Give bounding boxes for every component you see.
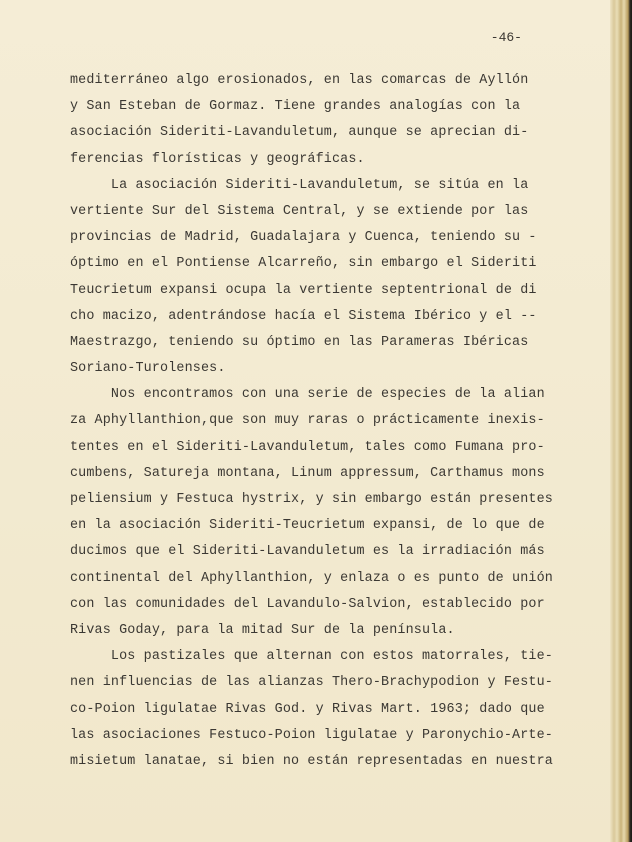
text-line: continental del Aphyllanthion, y enlaza … [70,566,570,592]
text-line: y San Esteban de Gormaz. Tiene grandes a… [70,94,570,120]
page-stack-edge [610,0,632,842]
text-line: Nos encontramos con una serie de especie… [70,382,570,408]
text-line: provincias de Madrid, Guadalajara y Cuen… [70,225,570,251]
text-line: Rivas Goday, para la mitad Sur de la pen… [70,618,570,644]
text-line: misietum lanatae, si bien no están repre… [70,749,570,775]
paragraph: Nos encontramos con una serie de especie… [70,382,570,644]
text-line: co-Poion ligulatae Rivas God. y Rivas Ma… [70,697,570,723]
body-text: mediterráneo algo erosionados, en las co… [70,68,570,775]
page-number: -46- [491,30,522,45]
text-line: vertiente Sur del Sistema Central, y se … [70,199,570,225]
text-line: Teucrietum expansi ocupa la vertiente se… [70,278,570,304]
text-line: las asociaciones Festuco-Poion ligulatae… [70,723,570,749]
text-line: en la asociación Sideriti-Teucrietum exp… [70,513,570,539]
text-line: mediterráneo algo erosionados, en las co… [70,68,570,94]
text-line: za Aphyllanthion,que son muy raras o prá… [70,408,570,434]
paragraph: mediterráneo algo erosionados, en las co… [70,68,570,173]
paragraph: La asociación Sideriti-Lavanduletum, se … [70,173,570,383]
text-line: peliensium y Festuca hystrix, y sin emba… [70,487,570,513]
text-line: Maestrazgo, teniendo su óptimo en las Pa… [70,330,570,356]
text-line: con las comunidades del Lavandulo-Salvio… [70,592,570,618]
paragraph: Los pastizales que alternan con estos ma… [70,644,570,775]
text-line: ferencias florísticas y geográficas. [70,147,570,173]
text-line: Los pastizales que alternan con estos ma… [70,644,570,670]
text-line: nen influencias de las alianzas Thero-Br… [70,670,570,696]
text-line: cumbens, Satureja montana, Linum appress… [70,461,570,487]
text-line: tentes en el Sideriti-Lavanduletum, tale… [70,435,570,461]
typewritten-page: -46- mediterráneo algo erosionados, en l… [0,0,610,842]
text-line: La asociación Sideriti-Lavanduletum, se … [70,173,570,199]
text-line: óptimo en el Pontiense Alcarreño, sin em… [70,251,570,277]
text-line: asociación Sideriti-Lavanduletum, aunque… [70,120,570,146]
text-line: Soriano-Turolenses. [70,356,570,382]
text-line: cho macizo, adentrándose hacía el Sistem… [70,304,570,330]
text-line: ducimos que el Sideriti-Lavanduletum es … [70,539,570,565]
